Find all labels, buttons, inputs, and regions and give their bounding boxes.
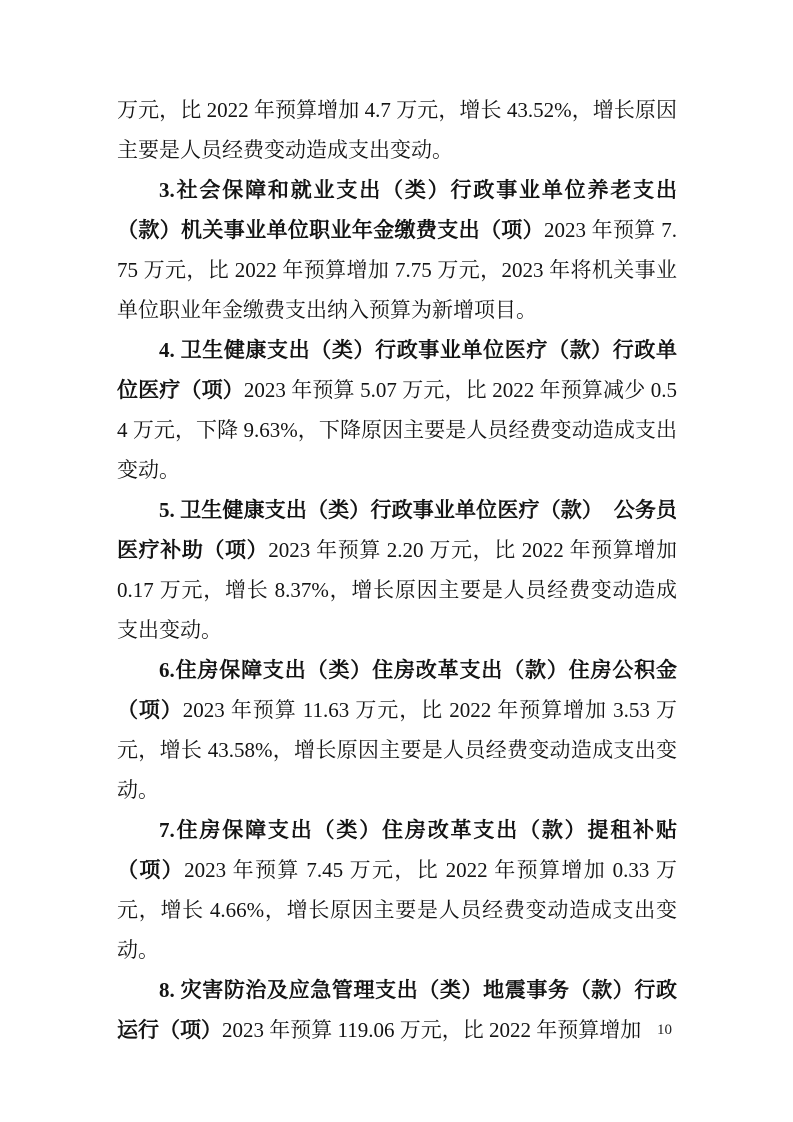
paragraph-body-segment: 万元，比 2022 年预算增加 4.7 万元，增长 43.52%，增长原因主要是… <box>117 98 677 162</box>
document-page: 万元，比 2022 年预算增加 4.7 万元，增长 43.52%，增长原因主要是… <box>0 0 793 1122</box>
paragraph: 3.社会保障和就业支出（类）行政事业单位养老支出（款）机关事业单位职业年金缴费支… <box>117 170 677 330</box>
paragraph-body-segment: 2023 年预算 11.63 万元，比 2022 年预算增加 3.53 万元，增… <box>117 698 677 802</box>
paragraph-body-segment: 2023 年预算 119.06 万元，比 2022 年预算增加 <box>222 1018 641 1042</box>
paragraph-body-segment: 2023 年预算 7.45 万元，比 2022 年预算增加 0.33 万元，增长… <box>117 858 677 962</box>
paragraph: 万元，比 2022 年预算增加 4.7 万元，增长 43.52%，增长原因主要是… <box>117 90 677 170</box>
paragraph: 4. 卫生健康支出（类）行政事业单位医疗（款）行政单位医疗（项）2023 年预算… <box>117 330 677 490</box>
document-text-block: 万元，比 2022 年预算增加 4.7 万元，增长 43.52%，增长原因主要是… <box>117 90 677 1050</box>
paragraph: 6.住房保障支出（类）住房改革支出（款）住房公积金（项）2023 年预算 11.… <box>117 650 677 810</box>
paragraph: 7.住房保障支出（类）住房改革支出（款）提租补贴（项）2023 年预算 7.45… <box>117 810 677 970</box>
page-number: 10 <box>657 1022 672 1039</box>
paragraph: 5. 卫生健康支出（类）行政事业单位医疗（款） 公务员医疗补助（项）2023 年… <box>117 490 677 650</box>
paragraph: 8. 灾害防治及应急管理支出（类）地震事务（款）行政运行（项）2023 年预算 … <box>117 970 677 1050</box>
